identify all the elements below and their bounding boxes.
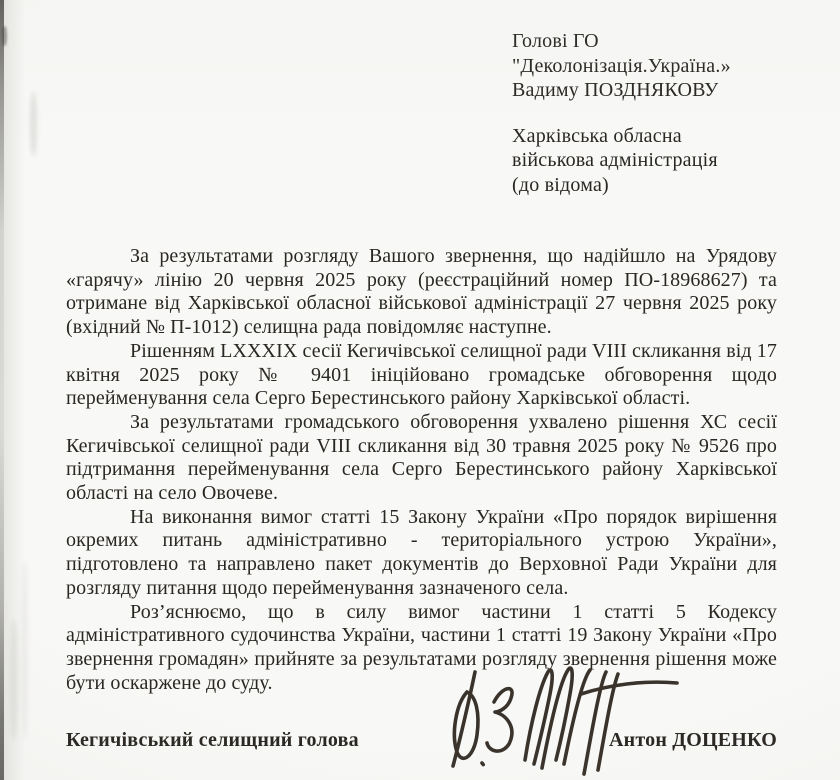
body-paragraph: За результатами розгляду Вашого зверненн… (66, 245, 777, 340)
recipient-line: "Деколонізація.Україна.» (512, 54, 731, 79)
body-paragraph: На виконання вимог статті 15 Закону Укра… (66, 506, 777, 601)
letter-body: За результатами розгляду Вашого зверненн… (66, 245, 777, 695)
address-header: Голові ГО "Деколонізація.Україна.» Вадим… (512, 29, 731, 218)
recipient-line: Голові ГО (512, 29, 731, 54)
scan-smudge (2, 26, 7, 46)
scanned-letter-page: Голові ГО "Деколонізація.Україна.» Вадим… (0, 0, 840, 780)
signature-row: Кегичівський селищний голова Антон ДОЦЕН… (66, 729, 777, 752)
copy-recipient-line: Харківська обласна (512, 124, 731, 149)
body-paragraph: Рішенням LXXXIX сесії Кегичівської селищ… (66, 340, 777, 411)
copy-recipient-line: (до відома) (512, 173, 731, 198)
signature-scribble (441, 660, 679, 780)
signer-name: Антон ДОЦЕНКО (609, 729, 777, 752)
scan-smudge (30, 92, 37, 156)
scan-smudge (22, 560, 28, 740)
signer-title: Кегичівський селищний голова (66, 729, 359, 752)
scan-smudge (10, 620, 18, 740)
recipient-block: Голові ГО "Деколонізація.Україна.» Вадим… (512, 29, 731, 103)
recipient-line: Вадиму ПОЗДНЯКОВУ (512, 78, 731, 103)
copy-recipient-block: Харківська обласна військова адміністрац… (512, 124, 731, 198)
body-paragraph: За результатами громадського обговорення… (66, 411, 777, 506)
copy-recipient-line: військова адміністрація (512, 148, 731, 173)
